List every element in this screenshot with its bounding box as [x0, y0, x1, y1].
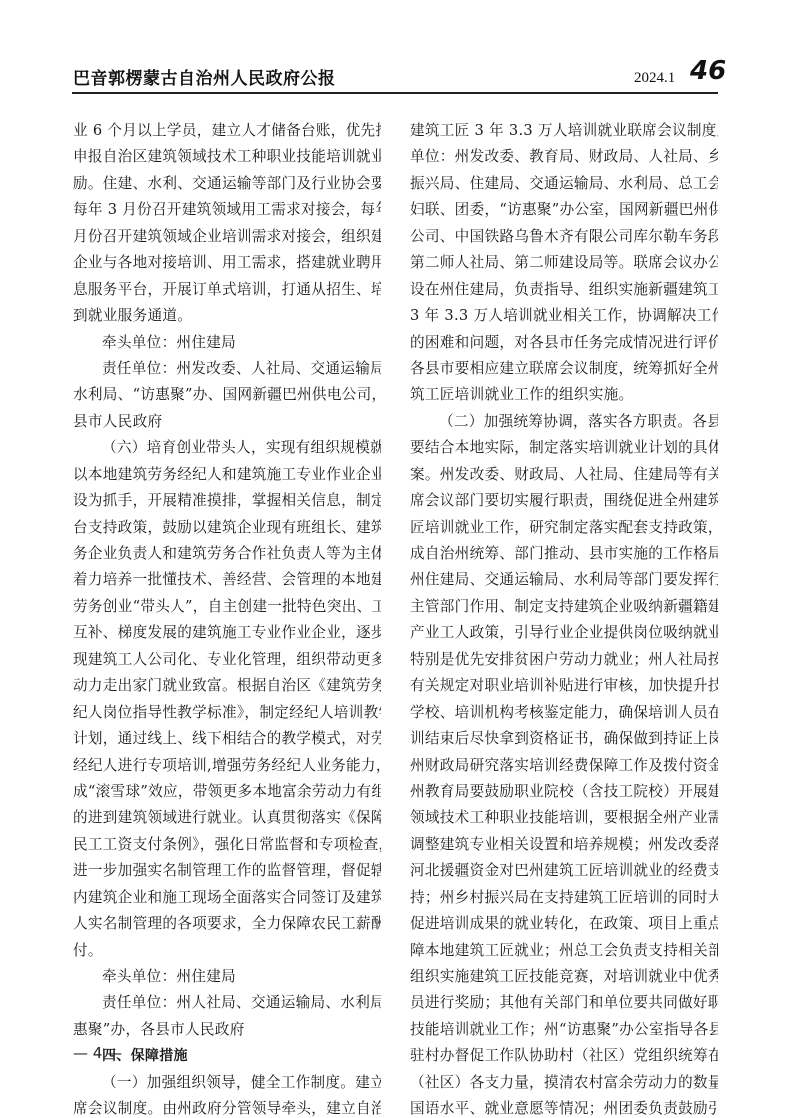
text-line: 席会议部门要切实履行职责，围绕促进全州建筑工 [410, 488, 718, 514]
text-line: 牵头单位：州住建局 [73, 964, 381, 990]
right-column: 建筑工匠 3 年 3.3 万人培训就业联席会议制度成员单位：州发改委、教育局、财… [410, 118, 718, 1118]
text-line: 每年 3 月份召开建筑领域用工需求对接会，每年 10 [73, 197, 381, 223]
text-line: 促进培训成果的就业转化，在政策、项目上重点保 [410, 911, 718, 937]
text-line: 惠聚”办，各县市人民政府 [73, 1017, 381, 1043]
text-line: 技能培训就业工作；州“访惠聚”办公室指导各县市 [410, 1017, 718, 1043]
text-line: 申报自治区建筑领域技术工种职业技能培训就业奖 [73, 144, 381, 170]
text-line: 州教育局要鼓励职业院校（含技工院校）开展建筑 [410, 779, 718, 805]
text-line: 着力培养一批懂技术、善经营、会管理的本地建筑 [73, 567, 381, 593]
text-line: 筑工匠培训就业工作的组织实施。 [410, 382, 718, 408]
text-line: 主管部门作用、制定支持建筑企业吸纳新疆籍建筑 [410, 594, 718, 620]
text-line: 调整建筑专业相关设置和培养规模；州发改委落实 [410, 832, 718, 858]
text-line: 员进行奖励；其他有关部门和单位要共同做好职业 [410, 990, 718, 1016]
text-line: 进一步加强实名制管理工作的监督管理，督促辖区 [73, 858, 381, 884]
text-line: 现建筑工人公司化、专业化管理，组织带动更多劳 [73, 647, 381, 673]
text-line: 州住建局、交通运输局、水利局等部门要发挥行业 [410, 567, 718, 593]
text-line: 特别是优先安排贫困户劳动力就业；州人社局按照 [410, 647, 718, 673]
text-line: 训结束后尽快拿到资格证书，确保做到持证上岗； [410, 726, 718, 752]
text-line: 产业工人政策，引导行业企业提供岗位吸纳就业， [410, 620, 718, 646]
text-line: 纪人岗位指导性教学标准》，制定经纪人培训教学 [73, 700, 381, 726]
text-line: 匠培训就业工作，研究制定落实配套支持政策，形 [410, 515, 718, 541]
text-line: （一）加强组织领导，健全工作制度。建立联 [73, 1070, 381, 1096]
text-line: 内建筑企业和施工现场全面落实合同签订及建筑工 [73, 885, 381, 911]
text-line: 各县市要相应建立联席会议制度，统筹抓好全州建 [410, 356, 718, 382]
text-line: 互补、梯度发展的建筑施工专业作业企业，逐步实 [73, 620, 381, 646]
text-line: 3 年 3.3 万人培训就业相关工作，协调解决工作推进 [410, 303, 718, 329]
text-line: 河北援疆资金对巴州建筑工匠培训就业的经费支 [410, 858, 718, 884]
text-line: 民工工资支付条例》，强化日常监督和专项检查， [73, 832, 381, 858]
text-line: 计划，通过线上、线下相结合的教学模式，对劳务 [73, 726, 381, 752]
text-line: 设在州住建局，负责指导、组织实施新疆建筑工匠 [410, 277, 718, 303]
text-line: 席会议制度。由州政府分管领导牵头，建立自治州 [73, 1096, 381, 1118]
text-line: 水利局、“访惠聚”办、国网新疆巴州供电公司，各 [73, 382, 381, 408]
issue-date: 2024.1 [634, 70, 675, 87]
text-line: 到就业服务通道。 [73, 303, 381, 329]
text-line: 设为抓手，开展精准摸排，掌握相关信息，制定出 [73, 488, 381, 514]
text-line: 振兴局、住建局、交通运输局、水利局、总工会、 [410, 171, 718, 197]
text-line: 息服务平台，开展订单式培训，打通从招生、培训 [73, 277, 381, 303]
left-column: 业 6 个月以上学员，建立人才储备台账，优先推荐申报自治区建筑领域技术工种职业技… [73, 118, 381, 1118]
text-line: 公司、中国铁路乌鲁木齐有限公司库尔勒车务段、 [410, 224, 718, 250]
page-number: — 4 — [73, 1044, 122, 1062]
text-line: 责任单位：州发改委、人社局、交通运输局、 [73, 356, 381, 382]
text-line: 州财政局研究落实培训经费保障工作及拨付资金； [410, 753, 718, 779]
text-line: 驻村办督促工作队协助村（社区）党组织统筹在村 [410, 1043, 718, 1069]
text-line: 案。州发改委、财政局、人社局、住建局等有关联 [410, 462, 718, 488]
text-line: 以本地建筑劳务经纪人和建筑施工专业作业企业建 [73, 462, 381, 488]
text-line: （六）培育创业带头人，实现有组织规模就业。 [73, 435, 381, 461]
text-line: 妇联、团委，“访惠聚”办公室，国网新疆巴州供电 [410, 197, 718, 223]
header-divider [72, 92, 718, 94]
text-line: 励。住建、水利、交通运输等部门及行业协会要在 [73, 171, 381, 197]
issue-number: 46 [690, 58, 726, 84]
text-line: 业 6 个月以上学员，建立人才储备台账，优先推荐 [73, 118, 381, 144]
text-line: 人实名制管理的各项要求，全力保障农民工薪酬支 [73, 911, 381, 937]
text-line: 县市人民政府 [73, 409, 381, 435]
text-line: 有关规定对职业培训补贴进行审核，加快提升技工 [410, 673, 718, 699]
text-line: 国语水平、就业意愿等情况；州团委负责鼓励引导 [410, 1096, 718, 1118]
text-line: 牵头单位：州住建局 [73, 330, 381, 356]
text-line: 建筑工匠 3 年 3.3 万人培训就业联席会议制度成员 [410, 118, 718, 144]
text-line: （社区）各支力量，摸清农村富余劳动力的数量、 [410, 1070, 718, 1096]
text-line: 学校、培训机构考核鉴定能力，确保培训人员在培 [410, 700, 718, 726]
text-line: 的进到建筑领域进行就业。认真贯彻落实《保障农 [73, 805, 381, 831]
text-line: （二）加强统筹协调，落实各方职责。各县市 [410, 409, 718, 435]
text-line: 企业与各地对接培训、用工需求，搭建就业聘用信 [73, 250, 381, 276]
publication-title: 巴音郭楞蒙古自治州人民政府公报 [73, 64, 336, 89]
text-line: 障本地建筑工匠就业；州总工会负责支持相关部门 [410, 938, 718, 964]
text-line: 单位：州发改委、教育局、财政局、人社局、乡村 [410, 144, 718, 170]
text-line: 的困难和问题，对各县市任务完成情况进行评价。 [410, 330, 718, 356]
text-line: 劳务创业“带头人”，自主创建一批特色突出、工种 [73, 594, 381, 620]
text-line: 持；州乡村振兴局在支持建筑工匠培训的同时大力 [410, 885, 718, 911]
text-line: 台支持政策，鼓励以建筑企业现有班组长、建筑劳 [73, 515, 381, 541]
text-line: 组织实施建筑工匠技能竞赛，对培训就业中优秀学 [410, 964, 718, 990]
text-line: 成自治州统筹、部门推动、县市实施的工作格局。 [410, 541, 718, 567]
text-line: 经纪人进行专项培训,增强劳务经纪人业务能力，形 [73, 753, 381, 779]
text-line: 务企业负责人和建筑劳务合作社负责人等为主体， [73, 541, 381, 567]
text-line: 月份召开建筑领域企业培训需求对接会，组织建筑 [73, 224, 381, 250]
text-line: 领域技术工种职业技能培训，要根据全州产业需求 [410, 805, 718, 831]
text-line: 责任单位：州人社局、交通运输局、水利局、“访 [73, 990, 381, 1016]
text-line: 要结合本地实际，制定落实培训就业计划的具体方 [410, 435, 718, 461]
text-line: 付。 [73, 938, 381, 964]
text-line: 成“滚雪球”效应，带领更多本地富余劳动力有组织 [73, 779, 381, 805]
text-line: 第二师人社局、第二师建设局等。联席会议办公室 [410, 250, 718, 276]
text-line: 动力走出家门就业致富。根据自治区《建筑劳务经 [73, 673, 381, 699]
